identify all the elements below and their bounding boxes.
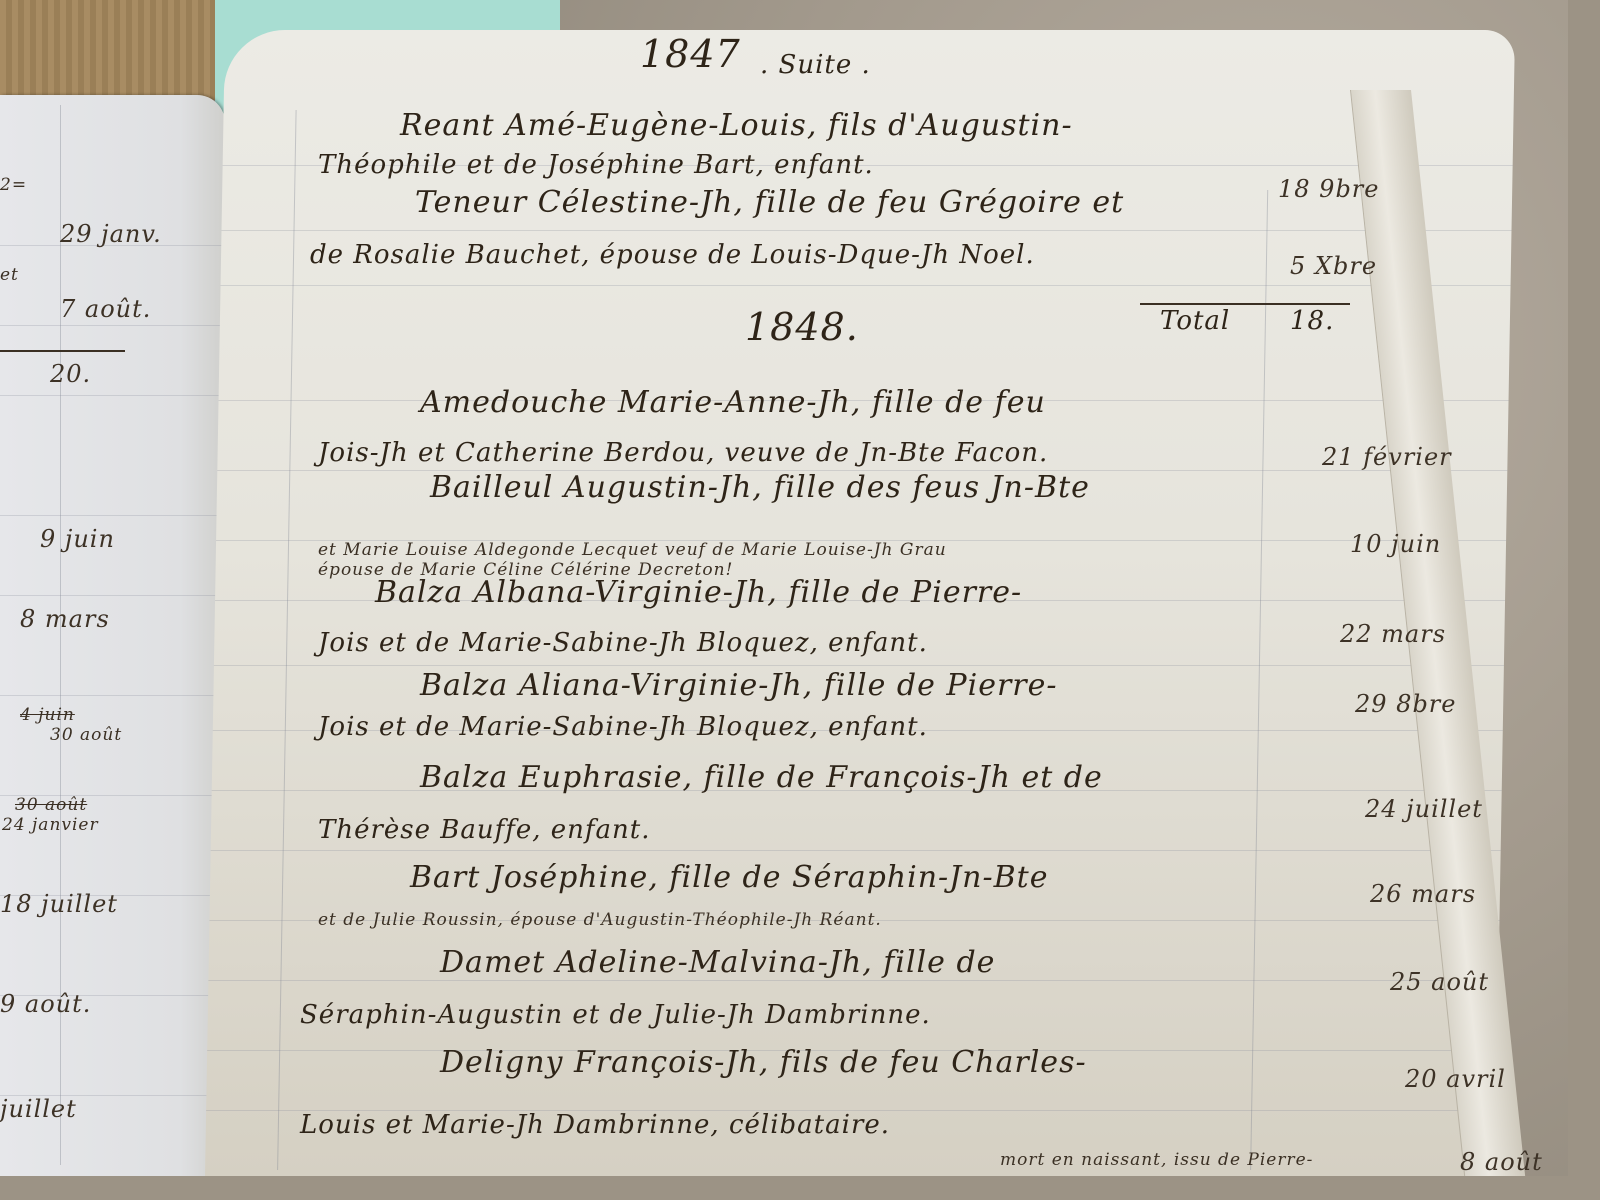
entry-line-1: Deligny François-Jh, fils de feu Charles… [440, 1045, 1087, 1080]
entry-date: 29 8bre [1355, 690, 1456, 718]
entry-date: 18 9bre [1278, 175, 1379, 203]
total-value: 18. [1290, 306, 1334, 336]
total-label: Total [1160, 306, 1230, 336]
entry-line-1: Teneur Célestine-Jh, fille de feu Grégoi… [415, 185, 1124, 220]
entry-line-2: et de Julie Roussin, épouse d'Augustin-T… [318, 910, 882, 930]
entry-line-1: mort en naissant, issu de Pierre- [1000, 1150, 1313, 1170]
entry-date: 10 juin [1350, 530, 1441, 558]
suite-label: . Suite . [760, 50, 871, 80]
cardboard-background [0, 0, 220, 100]
left-page: 2= 29 janv. et 7 août. 20. 9 juin 8 mars… [0, 95, 225, 1176]
margin-date: 24 janvier [2, 815, 99, 835]
entry-date: 5 Xbre [1290, 252, 1377, 280]
entry-date: 20 avril [1405, 1065, 1506, 1093]
year-heading-1848: 1848. [745, 305, 859, 349]
entry-line-2: Jois et de Marie-Sabine-Jh Bloquez, enfa… [318, 628, 928, 658]
left-fragment: et [0, 265, 19, 285]
entry-line-2: Séraphin-Augustin et de Julie-Jh Dambrin… [300, 1000, 931, 1030]
margin-date-struck: 30 août [15, 795, 87, 815]
margin-date-struck: 4 juin [20, 705, 75, 725]
margin-date: juillet [0, 1095, 77, 1123]
left-fragment: 2= [0, 175, 27, 195]
margin-date: 29 janv. [60, 220, 162, 248]
entry-line-1: Bart Joséphine, fille de Séraphin-Jn-Bte [410, 860, 1049, 895]
entry-line-1: Balza Aliana-Virginie-Jh, fille de Pierr… [420, 668, 1058, 703]
entry-line-1: Bailleul Augustin-Jh, fille des feus Jn-… [430, 470, 1090, 505]
year-heading-1847: 1847 [640, 32, 741, 76]
margin-date: 8 mars [20, 605, 110, 633]
margin-date: 30 août [50, 725, 122, 745]
entry-line-2: Jois et de Marie-Sabine-Jh Bloquez, enfa… [318, 712, 928, 742]
entry-line-1: Damet Adeline-Malvina-Jh, fille de [440, 945, 995, 980]
margin-date: 9 août. [0, 990, 91, 1018]
entry-line-2: de Rosalie Bauchet, épouse de Louis-Dque… [310, 240, 1035, 270]
left-margin-line [277, 110, 297, 1170]
entry-line-2: Thérèse Bauffe, enfant. [318, 815, 651, 845]
entry-line-2: Louis et Marie-Jh Dambrinne, célibataire… [300, 1110, 890, 1140]
entry-line-1: Amedouche Marie-Anne-Jh, fille de feu [420, 385, 1046, 420]
total-rule [0, 350, 125, 352]
margin-date: 18 juillet [0, 890, 118, 918]
entry-line-2: Jois-Jh et Catherine Berdou, veuve de Jn… [318, 438, 1048, 468]
entry-date: 22 mars [1340, 620, 1446, 648]
entry-date: 26 mars [1370, 880, 1476, 908]
margin-date: 7 août. [60, 295, 151, 323]
entry-date: 24 juillet [1365, 795, 1483, 823]
entry-line-2: Théophile et de Joséphine Bart, enfant. [318, 150, 874, 180]
entry-date: 21 février [1322, 443, 1452, 471]
entry-date: 8 août [1460, 1148, 1543, 1176]
date-column-line [1250, 190, 1268, 1170]
entry-line-1: Balza Euphrasie, fille de François-Jh et… [420, 760, 1103, 795]
total-rule [1140, 303, 1350, 305]
margin-date: 9 juin [40, 525, 115, 553]
left-total: 20. [50, 360, 91, 388]
entry-line-1: Balza Albana-Virginie-Jh, fille de Pierr… [375, 575, 1022, 610]
entry-line-1: Reant Amé-Eugène-Louis, fils d'Augustin- [400, 108, 1073, 143]
entry-line-2: et Marie Louise Aldegonde Lecquet veuf d… [318, 540, 947, 560]
entry-date: 25 août [1390, 968, 1489, 996]
